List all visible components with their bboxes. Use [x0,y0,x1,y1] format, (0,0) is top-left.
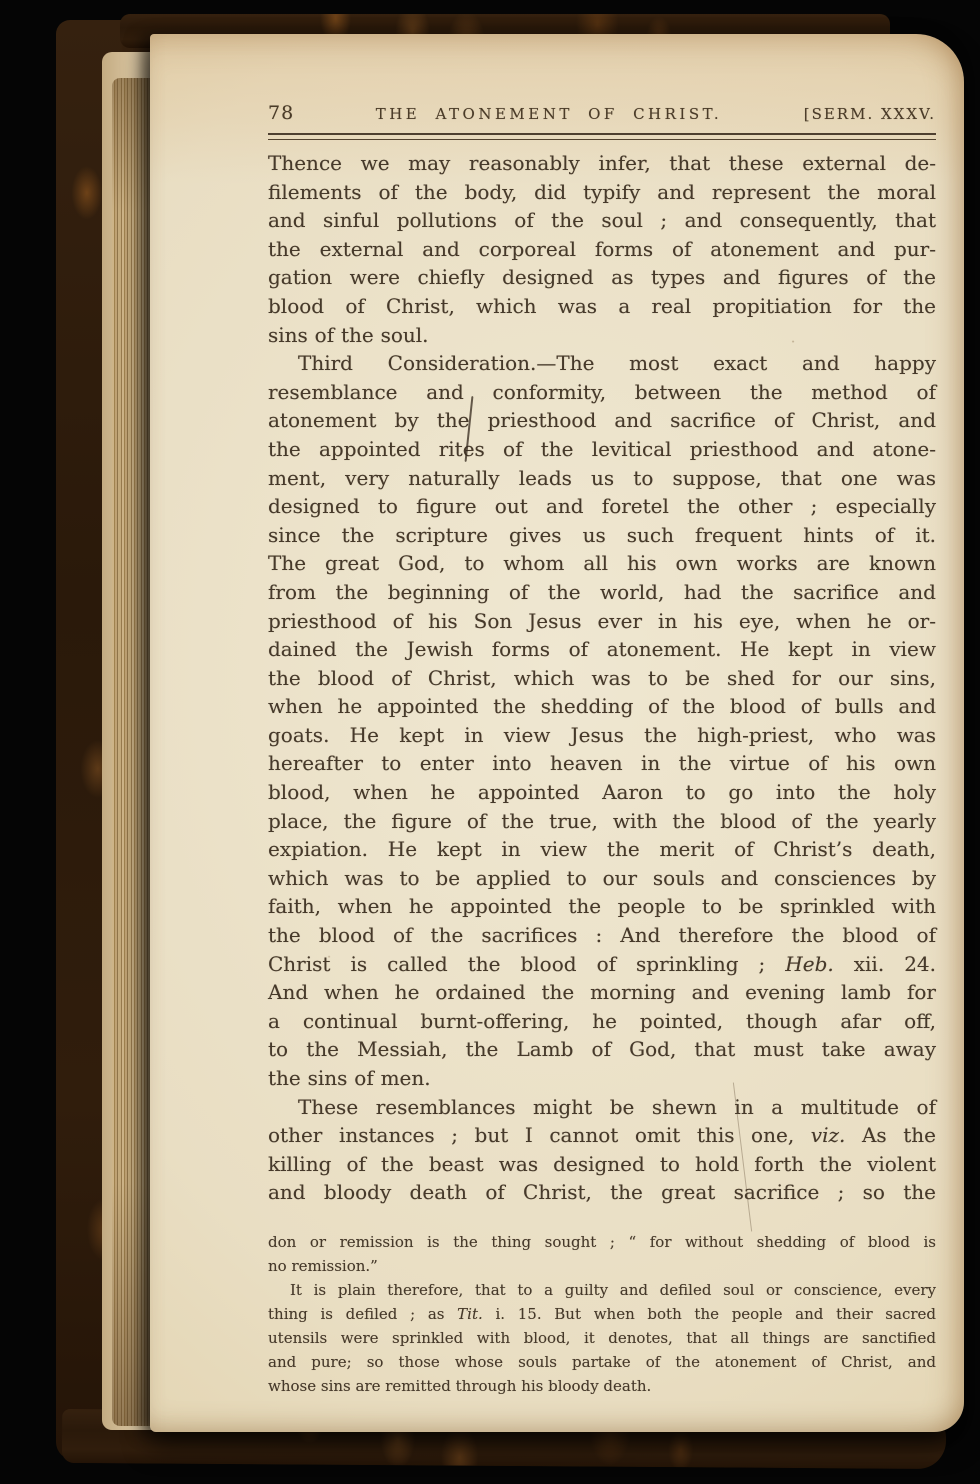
text-line: filements of the body, did typify and re… [268,178,936,207]
text-line: place, the figure of the true, with the … [268,807,936,836]
text-line: ment, very naturally leads us to suppose… [268,464,936,493]
text-line: dained the Jewish forms of atonement. He… [268,635,936,664]
text-line: the external and corporeal forms of aton… [268,235,936,264]
text-line: when he appointed the shedding of the bl… [268,692,936,721]
text-line: Thence we may reasonably infer, that the… [268,149,936,178]
text-line: don or remission is the thing sought ; “… [268,1230,936,1254]
footnote-text: don or remission is the thing sought ; “… [268,1230,936,1398]
text-line: and pure; so those whose souls partake o… [268,1350,936,1374]
text-line: other instances ; but I cannot omit this… [268,1121,936,1150]
text-line: killing of the beast was designed to hol… [268,1150,936,1179]
text-line: These resemblances might be shewn in a m… [268,1093,936,1122]
text-line: atonement by the priesthood and sacrific… [268,406,936,435]
text-line: expiation. He kept in view the merit of … [268,835,936,864]
text-line: to the Messiah, the Lamb of God, that mu… [268,1035,936,1064]
page-header: 78 THE ATONEMENT OF CHRIST. [SERM. XXXV. [268,102,936,124]
text-line: blood, when he appointed Aaron to go int… [268,778,936,807]
header-double-rule [268,133,936,140]
text-line: And when he ordained the morning and eve… [268,978,936,1007]
text-line: and sinful pollutions of the soul ; and … [268,206,936,235]
text-line: the blood of the sacrifices : And theref… [268,921,936,950]
text-line: sins of the soul. [268,321,936,350]
text-line: thing is defiled ; as Tit. i. 15. But wh… [268,1302,936,1326]
text-line: and bloody death of Christ, the great sa… [268,1178,936,1207]
text-line: whose sins are remitted through his bloo… [268,1374,936,1398]
text-line: Christ is called the blood of sprinkling… [268,950,936,979]
text-line: the blood of Christ, which was to be she… [268,664,936,693]
running-title: THE ATONEMENT OF CHRIST. [376,105,723,123]
text-line: Third Consideration.—The most exact and … [268,349,936,378]
text-line: from the beginning of the world, had the… [268,578,936,607]
text-line: hereafter to enter into heaven in the vi… [268,749,936,778]
text-line: the appointed rites of the levitical pri… [268,435,936,464]
printed-content: 78 THE ATONEMENT OF CHRIST. [SERM. XXXV.… [268,102,936,1398]
text-line: gation were chiefly designed as types an… [268,263,936,292]
text-line: the sins of men. [268,1064,936,1093]
text-line: utensils were sprinkled with blood, it d… [268,1326,936,1350]
text-line: no remission.” [268,1254,936,1278]
text-line: goats. He kept in view Jesus the high-pr… [268,721,936,750]
body-text: Thence we may reasonably infer, that the… [268,149,936,1207]
text-line: a continual burnt-offering, he pointed, … [268,1007,936,1036]
text-line: designed to figure out and foretel the o… [268,492,936,521]
section-label: [SERM. XXXV. [804,105,936,123]
text-line: blood of Christ, which was a real propit… [268,292,936,321]
page-number: 78 [268,102,294,124]
text-line: It is plain therefore, that to a guilty … [268,1278,936,1302]
text-line: priesthood of his Son Jesus ever in his … [268,607,936,636]
text-line: faith, when he appointed the people to b… [268,892,936,921]
scanned-book-photo: 78 THE ATONEMENT OF CHRIST. [SERM. XXXV.… [0,0,980,1484]
text-line: which was to be applied to our souls and… [268,864,936,893]
text-line: since the scripture gives us such freque… [268,521,936,550]
book-page: 78 THE ATONEMENT OF CHRIST. [SERM. XXXV.… [150,34,964,1432]
text-line: resemblance and conformity, between the … [268,378,936,407]
text-line: The great God, to whom all his own works… [268,549,936,578]
